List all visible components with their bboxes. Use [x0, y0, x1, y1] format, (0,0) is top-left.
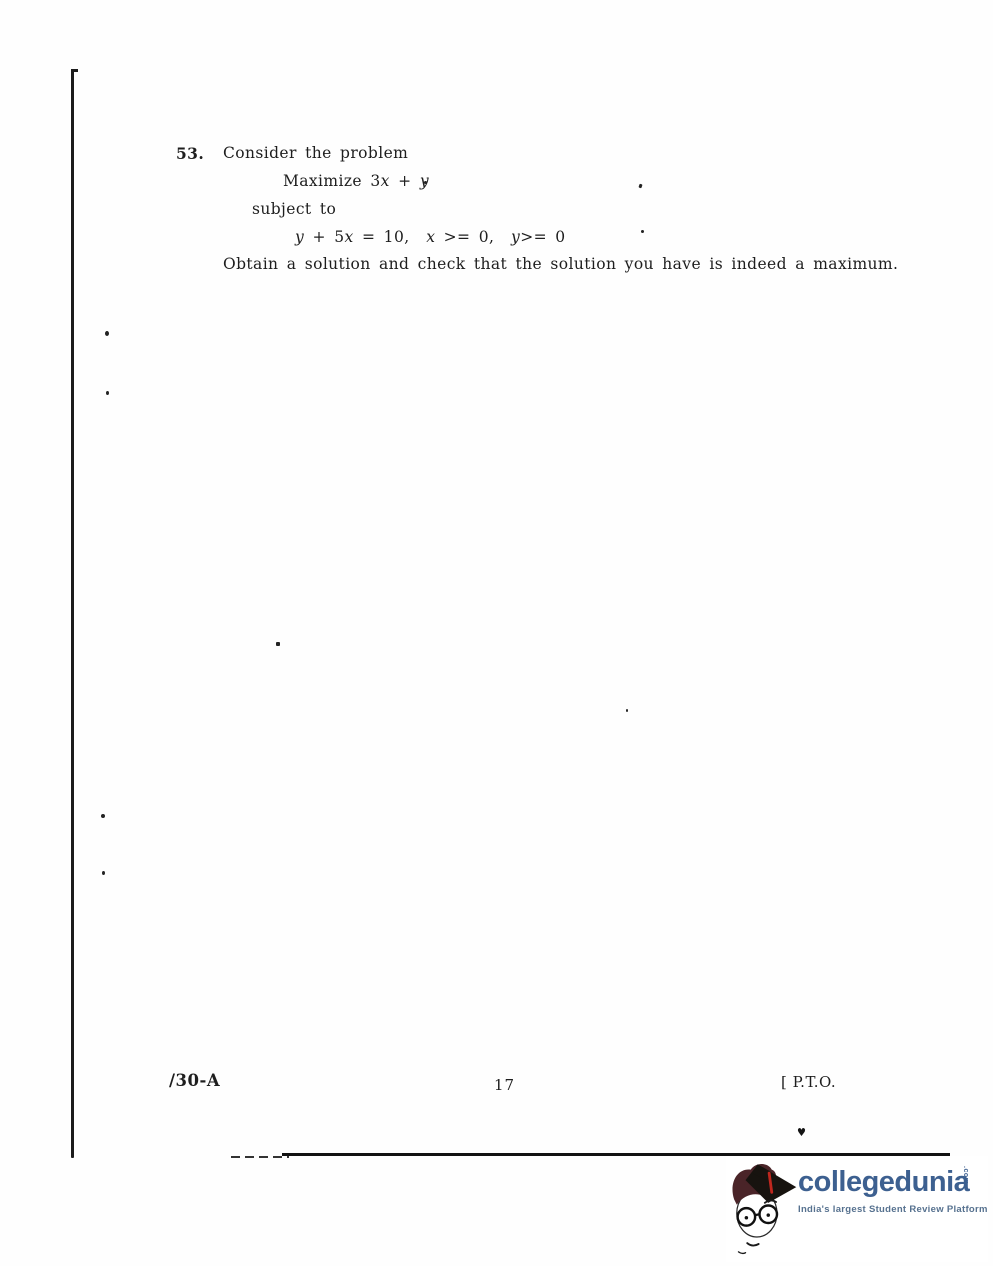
scan-heart-mark: ♥ — [797, 1127, 806, 1139]
scan-left-edge-hook — [71, 69, 78, 72]
constraint-var-y2: y — [511, 228, 520, 246]
objective-var-x: x — [381, 172, 390, 190]
constraint-mid3: >= 0, — [435, 228, 511, 246]
collegedunia-mascot-icon — [728, 1158, 798, 1260]
constraint-line: y + 5x = 10, x >= 0, y>= 0 — [295, 228, 566, 246]
scan-speck — [105, 331, 109, 336]
scan-speck — [102, 871, 105, 875]
question-intro-text: Consider the problem — [223, 144, 408, 162]
objective-line: Maximize 3x + y — [283, 172, 429, 190]
scan-speck — [638, 184, 642, 189]
constraint-mid1: + 5 — [304, 228, 344, 246]
scan-speck — [626, 709, 628, 712]
scan-left-edge-line — [71, 70, 74, 1158]
objective-label: Maximize — [283, 172, 370, 190]
scanned-exam-page: 53. Consider the problem Maximize 3x + y… — [0, 0, 993, 1266]
scan-speck — [276, 642, 280, 646]
collegedunia-logo: collegedunia.com India's largest Student… — [726, 1156, 988, 1262]
scan-bottom-line-tail — [231, 1156, 289, 1158]
constraint-var-y1: y — [295, 228, 304, 246]
objective-plus: + — [390, 172, 420, 190]
collegedunia-tagline: India's largest Student Review Platform — [798, 1204, 988, 1215]
question-number: 53. — [176, 144, 204, 163]
collegedunia-logo-text: collegedunia.com India's largest Student… — [798, 1168, 988, 1215]
question-instruction-text: Obtain a solution and check that the sol… — [223, 255, 898, 273]
objective-coef: 3 — [370, 172, 380, 190]
constraint-var-x1: x — [344, 228, 353, 246]
constraint-end: >= 0 — [520, 228, 565, 246]
scan-speck — [106, 391, 109, 395]
constraint-var-x2: x — [426, 228, 435, 246]
footer-paper-code: /30-A — [169, 1071, 220, 1090]
footer-page-number: 17 — [494, 1076, 515, 1094]
scan-speck — [641, 230, 644, 233]
constraint-mid2: = 10, — [354, 228, 427, 246]
scan-speck — [101, 814, 105, 818]
footer-pto-label: [ P.T.O. — [781, 1073, 836, 1091]
collegedunia-com-suffix: .com — [962, 1166, 969, 1173]
scan-speck — [424, 181, 427, 184]
subject-to-text: subject to — [252, 200, 336, 218]
collegedunia-brand-text: collegedunia — [798, 1166, 969, 1198]
